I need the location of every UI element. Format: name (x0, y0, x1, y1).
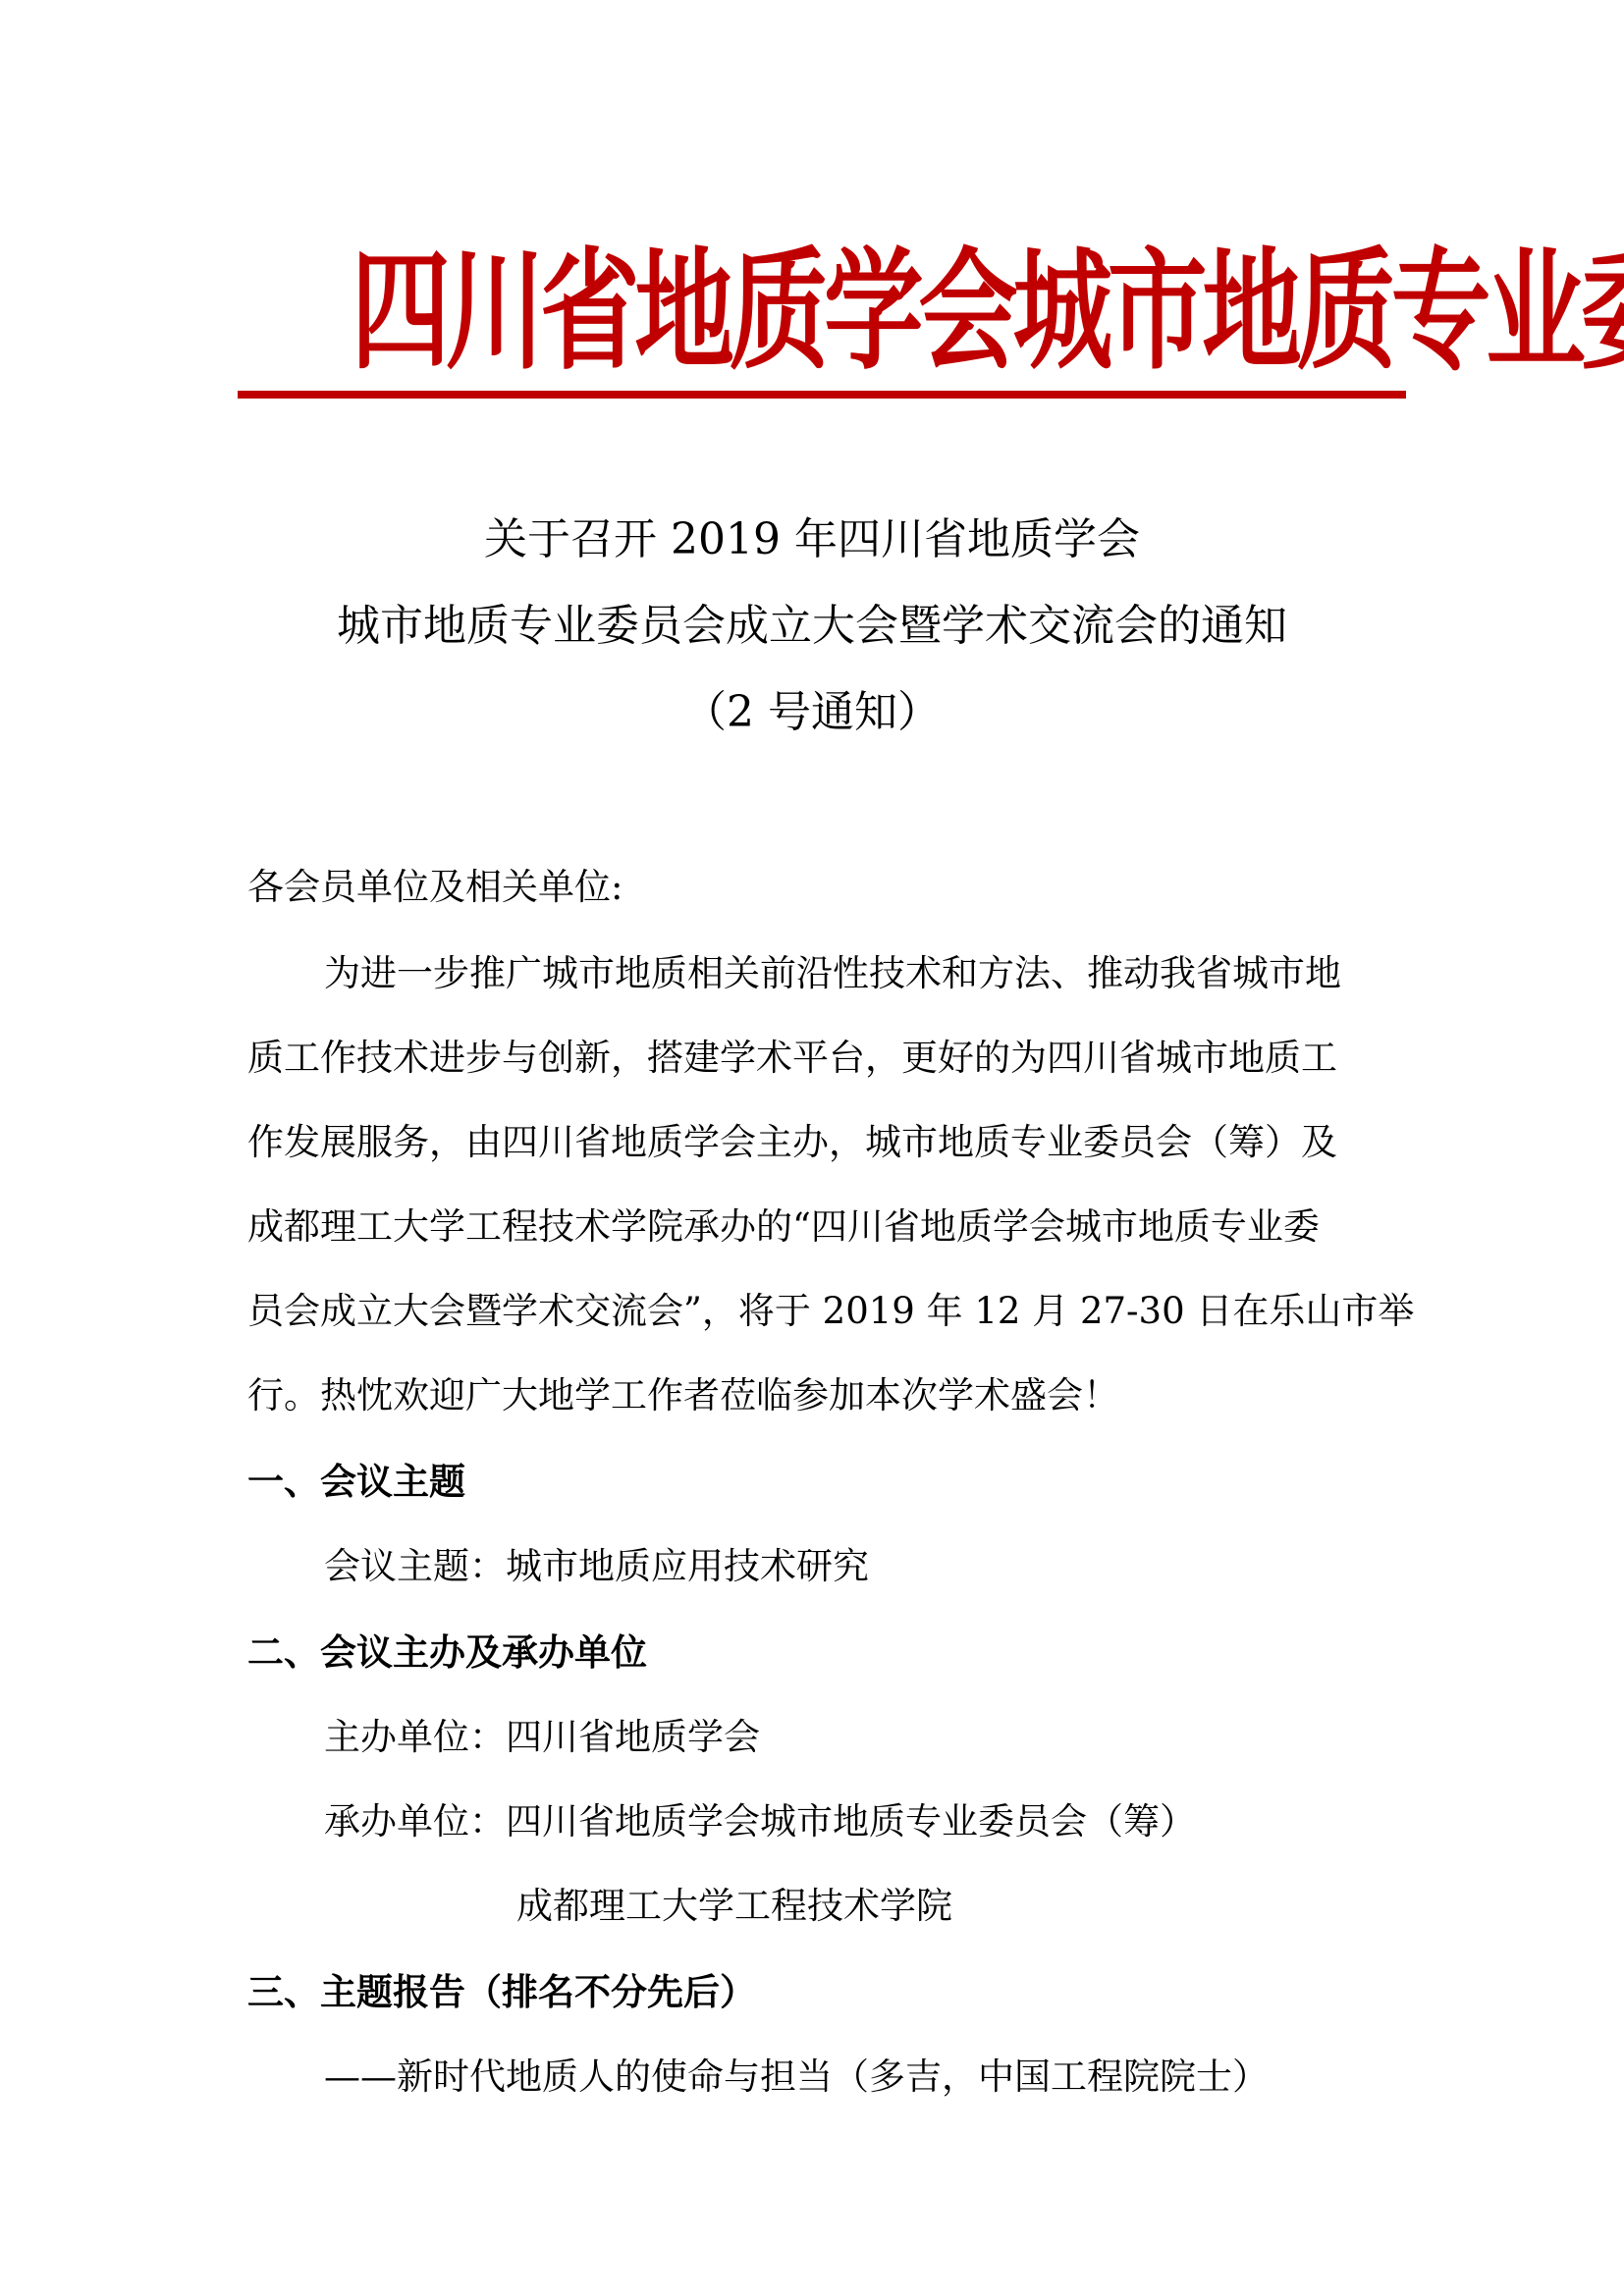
section-1-item-1: 会议主题：城市地质应用技术研究 (324, 1543, 1483, 1590)
salutation: 各会员单位及相关单位: (247, 864, 1406, 911)
notice-title-line-1: 关于召开 2019 年四川省地质学会 (0, 512, 1624, 567)
section-3-item-1: ——新时代地质人的使命与担当（多吉，中国工程院院士） (324, 2054, 1483, 2101)
section-2-item-2: 承办单位：四川省地质学会城市地质专业委员会（筹） (324, 1798, 1483, 1845)
notice-title-line-3: （2 号通知） (0, 685, 1624, 740)
intro-line-6: 行。热忱欢迎广大地学工作者莅临参加本次学术盛会！ (247, 1372, 1406, 1419)
document-page: 四川省地质学会城市地质专业委员会 关于召开 2019 年四川省地质学会 城市地质… (0, 0, 1624, 2296)
intro-line-1: 为进一步推广城市地质相关前沿性技术和方法、推动我省城市地 (324, 950, 1483, 997)
masthead-red-rule (238, 391, 1406, 399)
intro-line-5: 员会成立大会暨学术交流会”，将于 2019 年 12 月 27-30 日在乐山市… (247, 1288, 1406, 1335)
notice-title-line-2: 城市地质专业委员会成立大会暨学术交流会的通知 (0, 599, 1624, 654)
intro-line-4: 成都理工大学工程技术学院承办的“四川省地质学会城市地质专业委 (247, 1203, 1406, 1251)
intro-line-3: 作发展服务，由四川省地质学会主办，城市地质专业委员会（筹）及 (247, 1119, 1406, 1166)
masthead: 四川省地质学会城市地质专业委员会 (228, 228, 1406, 385)
section-2-item-3: 成都理工大学工程技术学院 (516, 1883, 1624, 1930)
section-1-heading: 一、会议主题 (247, 1459, 1406, 1506)
intro-line-2: 质工作技术进步与创新，搭建学术平台，更好的为四川省城市地质工 (247, 1035, 1406, 1082)
section-3-heading: 三、主题报告（排名不分先后） (247, 1969, 1406, 2016)
section-2-heading: 二、会议主办及承办单位 (247, 1629, 1406, 1677)
section-2-item-1: 主办单位：四川省地质学会 (324, 1714, 1483, 1761)
masthead-title: 四川省地质学会城市地质专业委员会 (351, 228, 1624, 395)
